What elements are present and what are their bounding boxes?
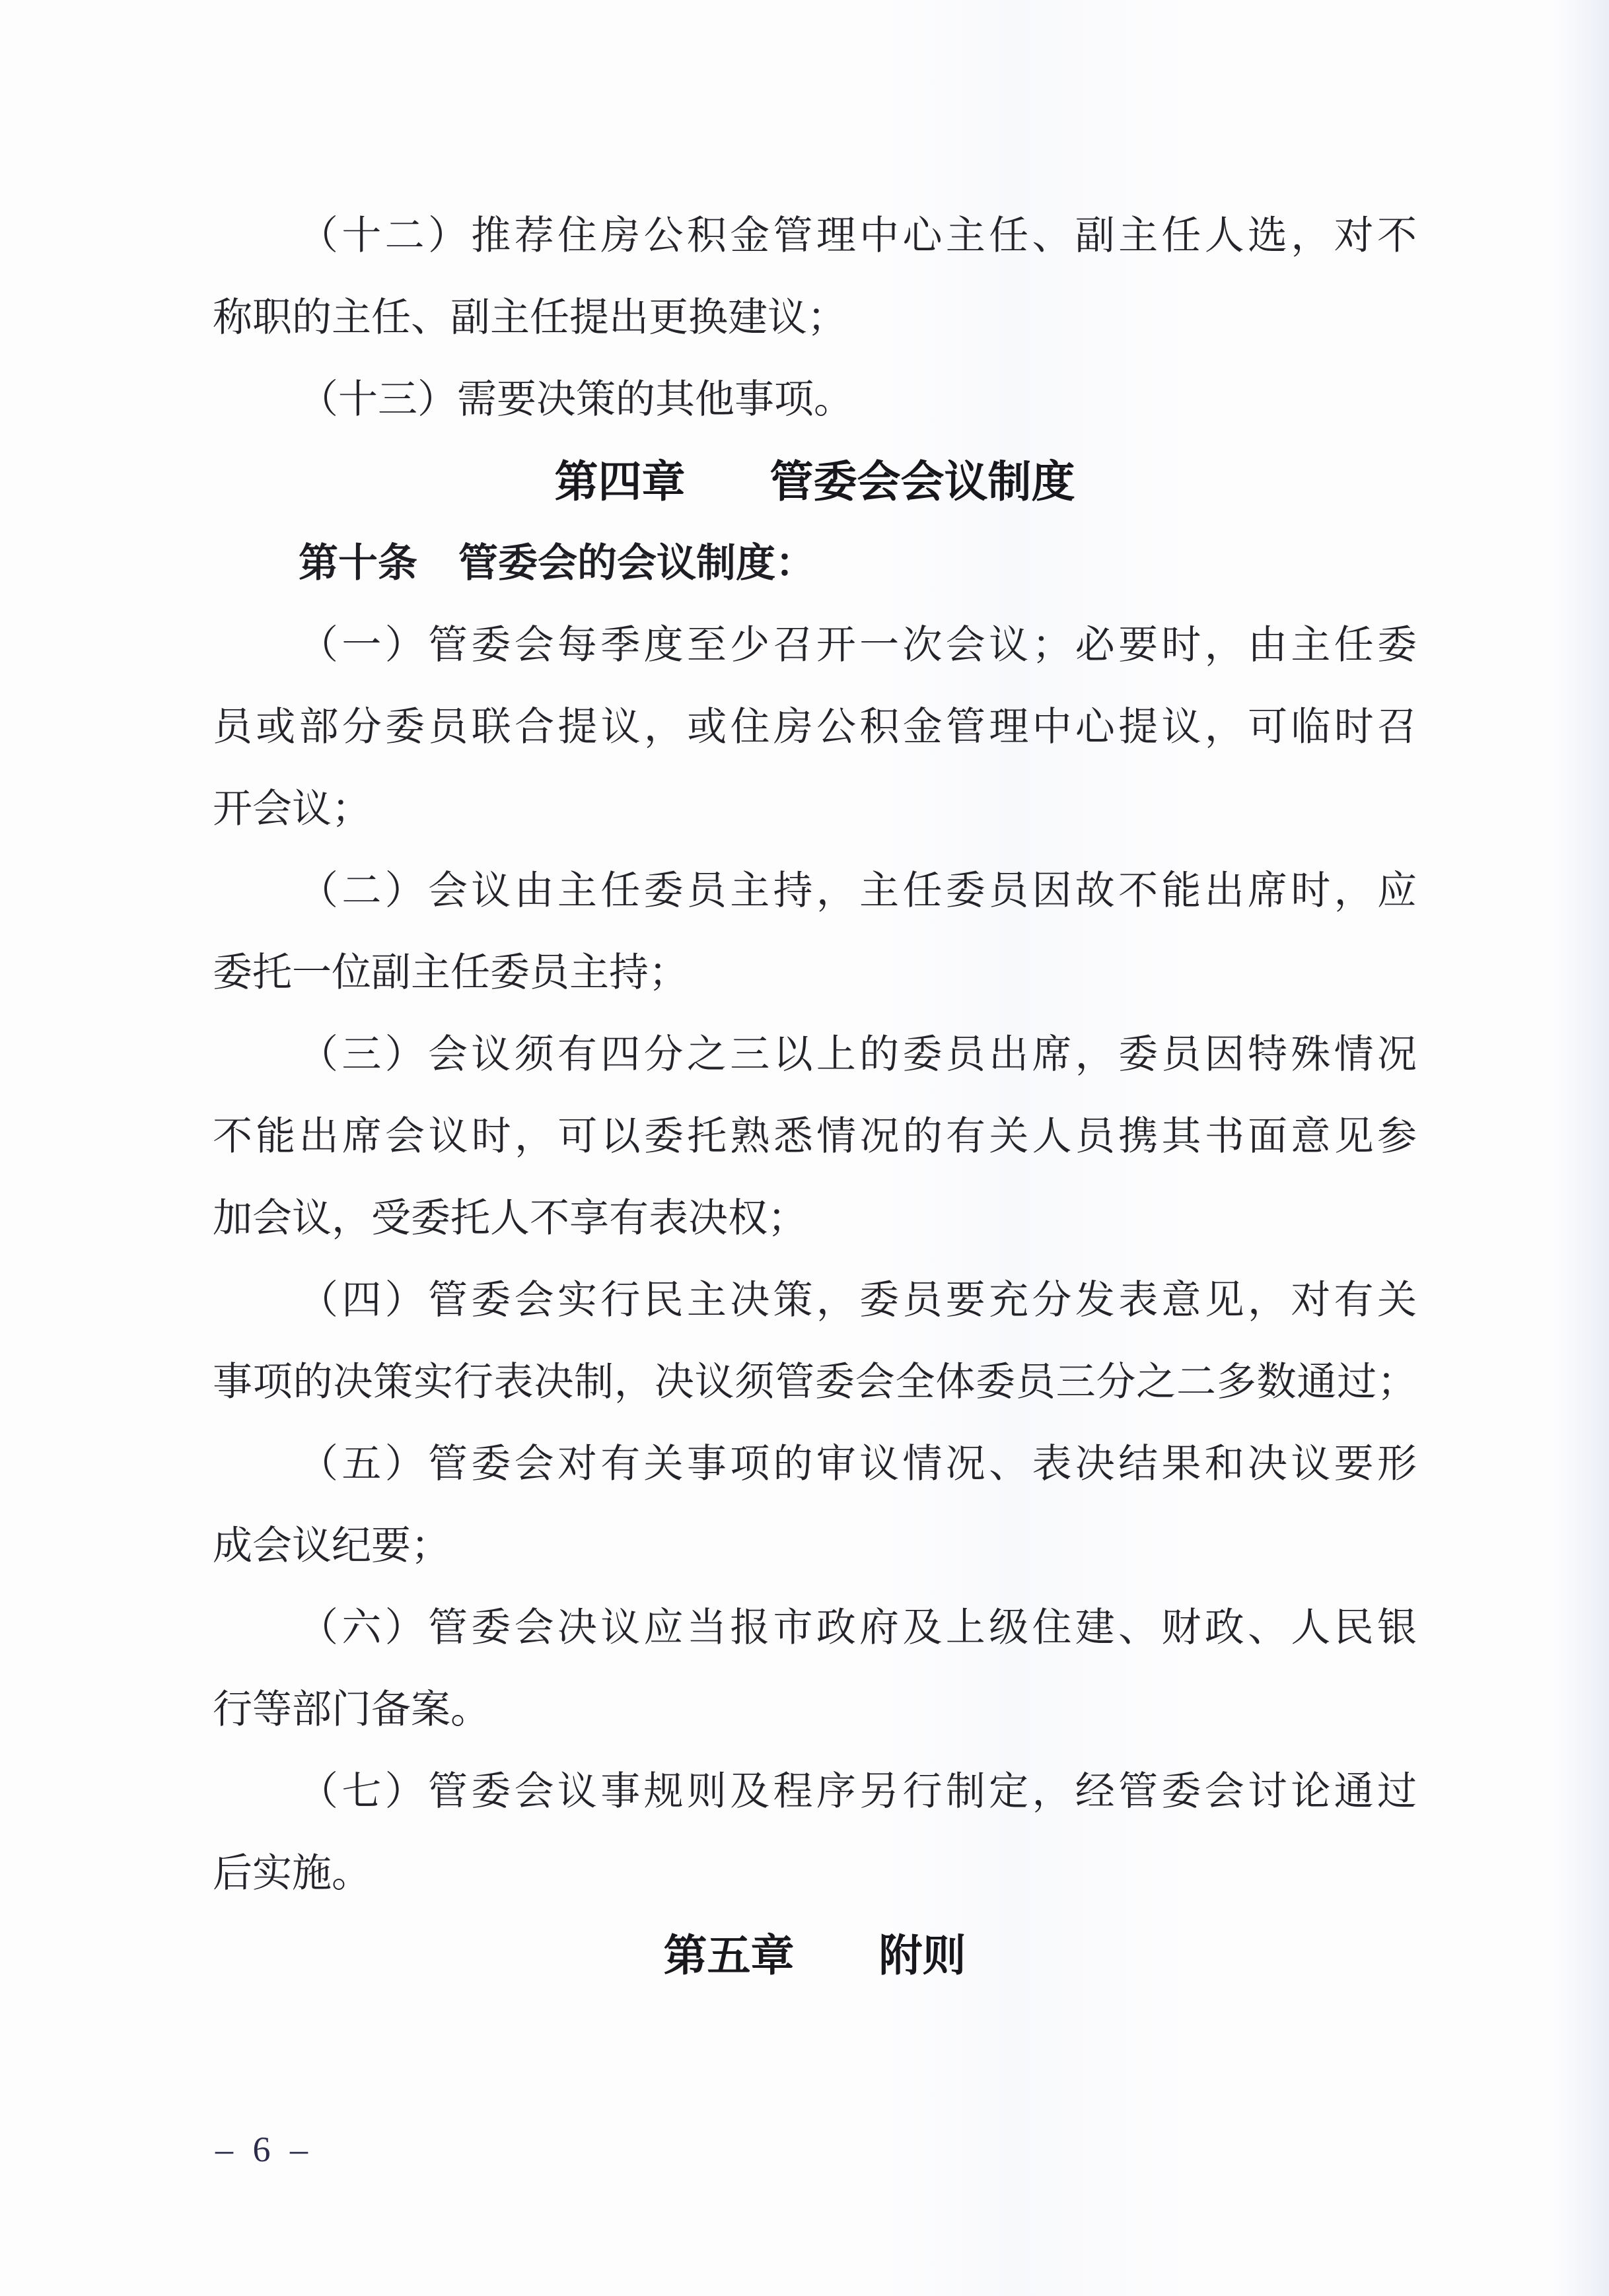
chapter-title: 附则 [879,1931,966,1980]
doc-line: 开会议； [213,768,1417,850]
doc-line: 成会议纪要； [213,1505,1417,1587]
doc-line: 不能出席会议时，可以委托熟悉情况的有关人员携其书面意见参 [213,1096,1417,1177]
doc-line: 称职的主任、副主任提出更换建议； [213,277,1417,359]
doc-line: （十三）需要决策的其他事项。 [213,359,1417,440]
chapter-number: 第四章 [555,457,686,506]
article-number: 第十条 [299,541,417,585]
doc-line: （二）会议由主任委员主持，主任委员因故不能出席时，应 [213,850,1417,932]
doc-line: 事项的决策实行表决制，决议须管委会全体委员三分之二多数通过； [213,1341,1417,1423]
doc-line: 后实施。 [213,1832,1417,1914]
document-page: （十二）推荐住房公积金管理中心主任、副主任人选，对不 称职的主任、副主任提出更换… [0,0,1609,2296]
doc-line: （五）管委会对有关事项的审议情况、表决结果和决议要形 [213,1423,1417,1505]
chapter-title: 管委会会议制度 [770,457,1075,506]
doc-line: 委托一位副主任委员主持； [213,932,1417,1014]
doc-line: 加会议，受委托人不享有表决权； [213,1177,1417,1259]
article-title: 管委会的会议制度： [458,541,815,585]
doc-line: 行等部门备案。 [213,1669,1417,1751]
article-heading-10: 第十条管委会的会议制度： [213,522,1417,604]
doc-line: 员或部分委员联合提议，或住房公积金管理中心提议，可临时召 [213,686,1417,768]
doc-line: （六）管委会决议应当报市政府及上级住建、财政、人民银 [213,1587,1417,1669]
doc-line: （七）管委会议事规则及程序另行制定，经管委会讨论通过 [213,1751,1417,1832]
doc-line: （四）管委会实行民主决策，委员要充分发表意见，对有关 [213,1259,1417,1341]
doc-line: （一）管委会每季度至少召开一次会议；必要时，由主任委 [213,604,1417,686]
chapter-heading-5: 第五章附则 [213,1914,1417,1996]
page-number: – 6 – [213,2108,316,2190]
chapter-number: 第五章 [664,1931,795,1980]
document-body: （十二）推荐住房公积金管理中心主任、副主任人选，对不 称职的主任、副主任提出更换… [213,195,1417,1996]
doc-line: （十二）推荐住房公积金管理中心主任、副主任人选，对不 [213,195,1417,277]
chapter-heading-4: 第四章管委会会议制度 [213,440,1417,522]
doc-line: （三）会议须有四分之三以上的委员出席，委员因特殊情况 [213,1014,1417,1096]
